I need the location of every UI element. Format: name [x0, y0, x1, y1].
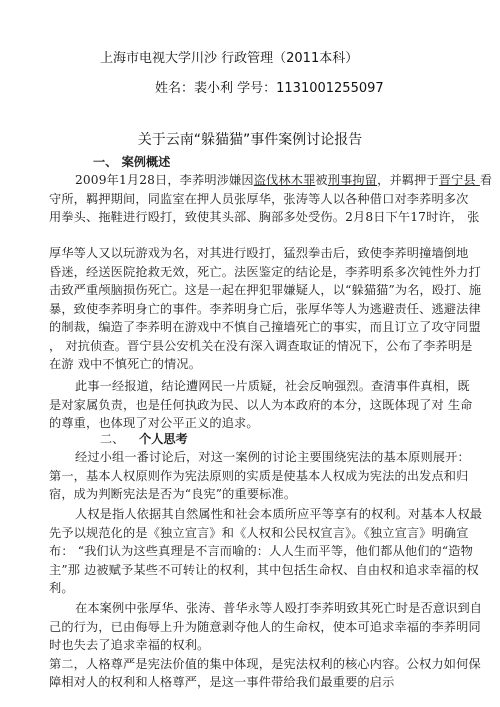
s2-p4-line: 第二，人格尊严是宪法价值的集中体现，是宪法权利的核心内容。公权力如何保	[49, 655, 439, 673]
section2-heading: 个人思考	[139, 430, 188, 447]
s2-p3-line: 己的行为，已由侮辱上升为随意剥夺他人的生命权，使本可追求幸福的李荞明同	[49, 618, 439, 636]
document-page: 上海市电视大学川沙 行政管理（2011本科） 姓名：裴小利 学号：1131001…	[0, 0, 500, 707]
s2-p3-line: 时也失去了追求幸福的权利。	[49, 636, 439, 654]
s1-p2-line: 是对家属负责，也是任何执政为民、以人为本政府的本分，这既体现了对 生命	[49, 396, 439, 414]
section1-heading: 一、 案例概述	[93, 153, 170, 170]
s1-p1-line: 守所，羁押期间，同监室在押人员张厚华，张涛等人以各种借口对李荞明多次	[49, 190, 439, 208]
s1-p1-line: 击致严重颅脑损伤死亡。这是一起在押犯罪嫌疑人，以“躲猫猫”为名，殴打、施	[49, 281, 439, 299]
s2-p2-line: 先予以规范化的是《独立宣言》和《人权和公民权宣言》。《独立宣言》明确宣	[49, 524, 439, 542]
underlined-term: 盗伐林木罪	[254, 173, 316, 187]
header-school-line: 上海市电视大学川沙 行政管理（2011本科）	[100, 47, 358, 66]
s1-p1-line: 厚华等人又以玩游戏为名，对其进行殴打，猛烈拳击后，致使李荞明撞墙倒地	[49, 244, 439, 262]
s2-p1-line: 经过小组一番讨论后，对这一案例的讨论主要围绕宪法的基本原则展开：	[49, 448, 439, 466]
s1-p2-line: 此事一经报道，结论遭网民一片质疑，社会反响强烈。查清事件真相，既	[49, 377, 439, 395]
underlined-term: 刑事拘留	[328, 173, 377, 187]
s2-p4-line: 障相对人的权利和人格尊严，是这一事件带给我们最重要的启示	[49, 673, 439, 691]
text-span: 被	[315, 173, 327, 187]
s1-p1-line: 在游 戏中不慎死亡的情况。	[49, 355, 439, 373]
document-title: 关于云南“躲猫猫”事件案例讨论报告	[0, 129, 500, 149]
s2-p1-line: 第一，基本人权原则作为宪法原则的实质是使基本人权成为宪法的出发点和归	[49, 467, 439, 485]
s1-p1-line: 昏迷，经送医院抢救无效，死亡。法医鉴定的结论是，李荞明系多次钝性外力打	[49, 263, 439, 281]
s2-p2-line: 利。	[49, 579, 439, 597]
s1-p1-line1: 2009年1月28日，李荞明涉嫌因盗伐林木罪被刑事拘留，并羁押于晋宁县 看	[49, 171, 439, 189]
s2-p2-line: 人权是指人依据其自然属性和社会本质所应平等享有的权利。对基本人权最	[49, 505, 439, 523]
header-student-line: 姓名：裴小利 学号：1131001255097	[155, 77, 384, 96]
s1-p1-line: 暴，致使李荞明身亡的事件。李荞明身亡后，张厚华等人为逃避责任、逃避法律	[49, 300, 439, 318]
s1-p1-line: 的制裁，编造了李荞明在游戏中不慎自己撞墙死亡的事实，而且订立了攻守同盟	[49, 318, 439, 336]
s1-p1-line: 用拳头、拖鞋进行殴打，致使其头部、胸部多处受伤。2月8日下午17时许， 张	[49, 208, 439, 226]
section2-heading-number: 二、	[100, 430, 124, 447]
text-span: 2009年1月28日，李荞明涉嫌因	[75, 173, 254, 187]
s2-p3-line: 在本案例中张厚华、张涛、普华永等人殴打李荞明致其死亡时是否意识到自	[49, 599, 439, 617]
text-span: 看	[480, 173, 492, 187]
text-span: ，并羁押于	[377, 173, 439, 187]
s1-p1-line: ， 对抗侦查。晋宁县公安机关在没有深入调查取证的情况下，公布了李荞明是	[49, 337, 439, 355]
s2-p2-line: 主”那 边被赋予某些不可转让的权利，其中包括生命权、自由权和追求幸福的权	[49, 561, 439, 579]
underlined-term: 晋宁县	[439, 173, 480, 187]
s2-p1-line: 宿，成为判断宪法是否为“良宪”的重要标准。	[49, 485, 439, 503]
s2-p2-line: 布： “我们认为这些真理是不言而喻的：人人生而平等，他们都从他们的“造物	[49, 542, 439, 560]
